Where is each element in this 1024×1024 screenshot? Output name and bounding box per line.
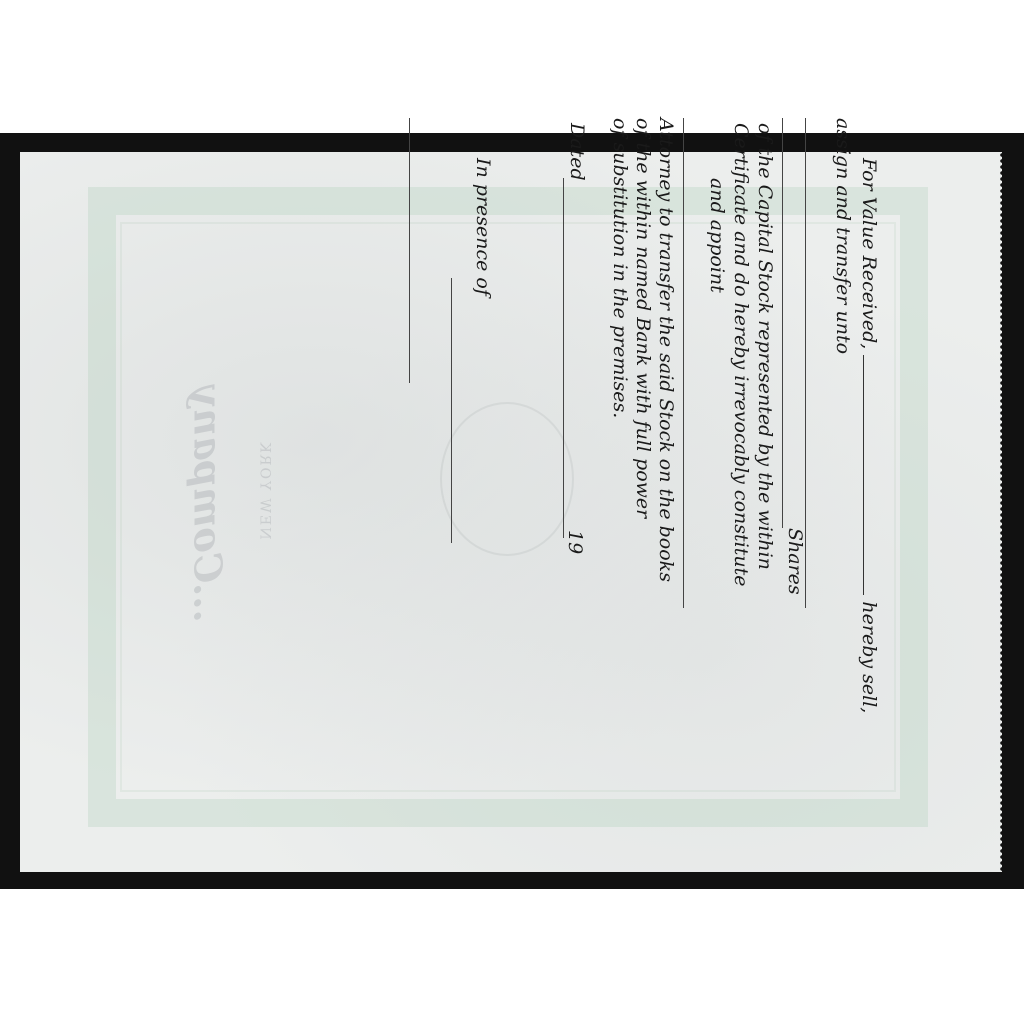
assign-transfer-label: assign and transfer unto (832, 118, 854, 354)
assignment-line-9: of substitution in the premises. (609, 118, 631, 418)
show-through-title: ...Company (186, 386, 231, 622)
perforated-edge (999, 152, 1002, 872)
year-prefix: 19 (564, 530, 586, 554)
shares-label: Shares (784, 528, 806, 595)
assignment-line-7: Attorney to transfer the said Stock on t… (655, 118, 677, 582)
hereby-sell-label: hereby sell, (858, 601, 880, 713)
assignment-line-1: For Value Received, hereby sell, (858, 158, 880, 713)
assignment-line-8: of the within named Bank with full power (632, 118, 654, 518)
witness-line[interactable] (409, 118, 410, 383)
assignment-form: For Value Received, hereby sell, assign … (400, 118, 880, 628)
assignment-line-2: assign and transfer unto (832, 118, 854, 354)
seller-blank[interactable] (863, 355, 865, 595)
assignment-line-4: of the Capital Stock represented by the … (754, 123, 776, 570)
attorney-line[interactable] (683, 118, 684, 608)
assignment-line-5: Certificate and do hereby irrevocably co… (730, 123, 752, 586)
dated-row: Dated (566, 123, 588, 181)
show-through-city: NEW YORK (257, 440, 273, 539)
shares-line[interactable] (782, 118, 783, 528)
date-line[interactable] (563, 178, 564, 538)
witness-label: In presence of (472, 158, 494, 296)
for-value-received-label: For Value Received, (858, 158, 880, 349)
assignment-line-6: and appoint (706, 178, 728, 293)
dated-label: Dated (566, 123, 588, 181)
date-signature-line[interactable] (451, 278, 452, 543)
